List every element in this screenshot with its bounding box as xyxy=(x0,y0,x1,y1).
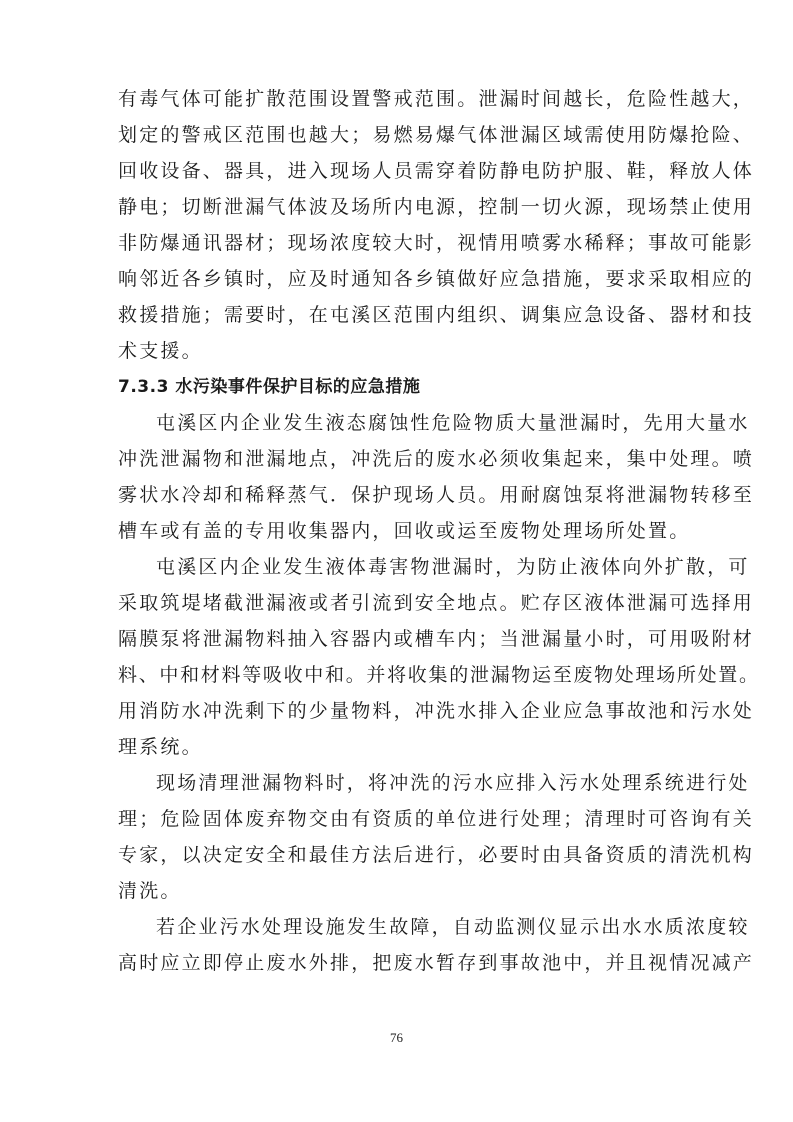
page-number: 76 xyxy=(0,1030,793,1046)
text-line: 料、中和材料等吸收中和。并将收集的泄漏物运至废物处理场所处置。 xyxy=(118,664,678,686)
text-line: 专家，以决定安全和最佳方法后进行，必要时由具备资质的清洗机构 xyxy=(118,844,678,866)
text-line: 理系统。 xyxy=(118,736,678,758)
text-line: 清洗。 xyxy=(118,880,678,902)
text-line: 用消防水冲洗剩下的少量物料，冲洗水排入企业应急事故池和污水处 xyxy=(118,700,678,722)
paragraph-2: 屯溪区内企业发生液体毒害物泄漏时，为防止液体向外扩散，可 采取筑堤堵截泄漏液或者… xyxy=(118,556,678,758)
paragraph-3: 现场清理泄漏物料时，将冲洗的污水应排入污水处理系统进行处 理；危险固体废弃物交由… xyxy=(118,772,678,902)
text-line: 采取筑堤堵截泄漏液或者引流到安全地点。贮存区液体泄漏可选择用 xyxy=(118,592,678,614)
text-line: 屯溪区内企业发生液体毒害物泄漏时，为防止液体向外扩散，可 xyxy=(118,556,678,578)
text-line: 救援措施；需要时，在屯溪区范围内组织、调集应急设备、器材和技 xyxy=(118,304,678,326)
text-line: 现场清理泄漏物料时，将冲洗的污水应排入污水处理系统进行处 xyxy=(118,772,678,794)
text-line: 回收设备、器具，进入现场人员需穿着防静电防护服、鞋，释放人体 xyxy=(118,160,678,182)
text-line: 槽车或有盖的专用收集器内，回收或运至废物处理场所处置。 xyxy=(118,520,678,542)
text-line: 有毒气体可能扩散范围设置警戒范围。泄漏时间越长，危险性越大， xyxy=(118,88,678,110)
text-line: 雾状水冷却和稀释蒸气．保护现场人员。用耐腐蚀泵将泄漏物转移至 xyxy=(118,484,678,506)
paragraph-4: 若企业污水处理设施发生故障，自动监测仪显示出水水质浓度较 高时应立即停止废水外排… xyxy=(118,916,678,974)
document-page: 有毒气体可能扩散范围设置警戒范围。泄漏时间越长，危险性越大， 划定的警戒区范围也… xyxy=(118,88,678,988)
paragraph-1: 屯溪区内企业发生液态腐蚀性危险物质大量泄漏时，先用大量水 冲洗泄漏物和泄漏地点，… xyxy=(118,412,678,542)
section-heading: 7.3.3 水污染事件保护目标的应急措施 xyxy=(118,376,678,398)
text-line: 若企业污水处理设施发生故障，自动监测仪显示出水水质浓度较 xyxy=(118,916,678,938)
text-line: 理；危险固体废弃物交由有资质的单位进行处理；清理时可咨询有关 xyxy=(118,808,678,830)
text-line: 非防爆通讯器材；现场浓度较大时，视情用喷雾水稀释；事故可能影 xyxy=(118,232,678,254)
text-line: 静电；切断泄漏气体波及场所内电源，控制一切火源，现场禁止使用 xyxy=(118,196,678,218)
text-line: 高时应立即停止废水外排，把废水暂存到事故池中，并且视情况减产 xyxy=(118,952,678,974)
text-line: 划定的警戒区范围也越大；易燃易爆气体泄漏区域需使用防爆抢险、 xyxy=(118,124,678,146)
text-line: 屯溪区内企业发生液态腐蚀性危险物质大量泄漏时，先用大量水 xyxy=(118,412,678,434)
text-line: 隔膜泵将泄漏物料抽入容器内或槽车内；当泄漏量小时，可用吸附材 xyxy=(118,628,678,650)
text-line: 冲洗泄漏物和泄漏地点，冲洗后的废水必须收集起来，集中处理。喷 xyxy=(118,448,678,470)
text-line: 响邻近各乡镇时，应及时通知各乡镇做好应急措施，要求采取相应的 xyxy=(118,268,678,290)
text-line: 术支援。 xyxy=(118,340,678,362)
paragraph-continuation: 有毒气体可能扩散范围设置警戒范围。泄漏时间越长，危险性越大， 划定的警戒区范围也… xyxy=(118,88,678,362)
